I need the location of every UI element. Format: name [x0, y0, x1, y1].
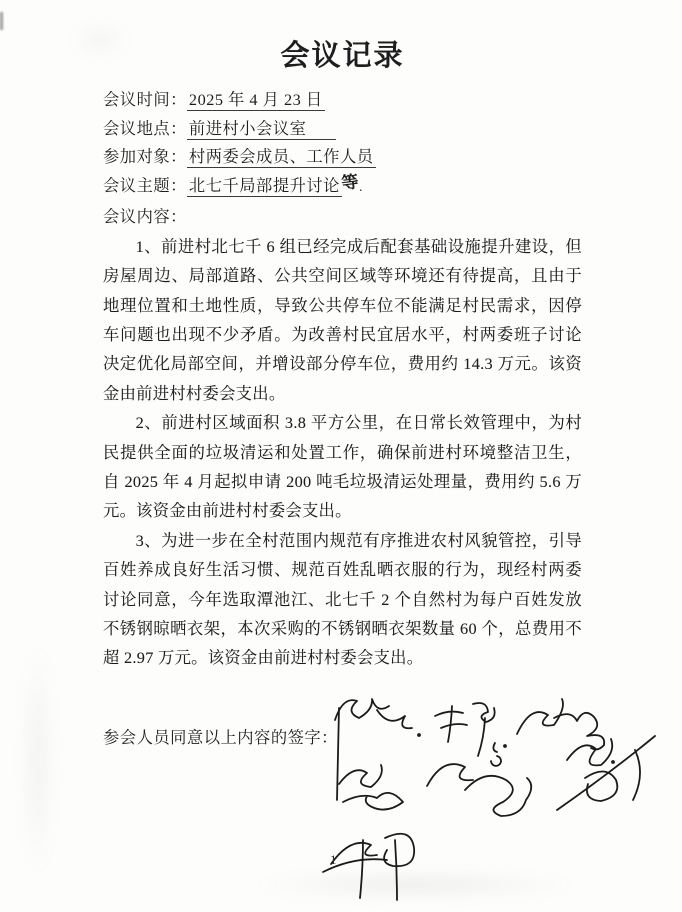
field-value: 北七千局部提升讨论 [187, 176, 342, 197]
field-label: 参加对象： [103, 147, 187, 166]
signature-2 [435, 703, 506, 756]
field-label: 会议地点： [103, 119, 187, 138]
meeting-content: 会议内容： 1、前进村北七千 6 组已经完成后配套基础设施提升建设，但房屋周边、… [103, 202, 582, 673]
signature-4 [339, 765, 403, 810]
field-meeting-topic: 会议主题：北七千局部提升讨论等. [103, 172, 582, 203]
paragraph-2: 2、前进村区域面积 3.8 平方公里，在日常长效管理中，为村民提供全面的垃圾清运… [103, 408, 582, 526]
paragraph-1: 1、前进村北七千 6 组已经完成后配套基础设施提升建设，但房屋周边、局部道路、公… [103, 232, 582, 408]
signature-7 [323, 834, 414, 900]
field-value: 2025 年 4 月 23 日 [187, 90, 325, 111]
field-value: 村两委会成员、工作人员 [187, 147, 376, 168]
page-number: 1 [330, 852, 337, 868]
scan-smudge [18, 640, 58, 880]
scan-edge-artifact [0, 12, 3, 30]
signature-6 [557, 736, 655, 810]
field-label: 会议时间： [103, 90, 187, 109]
signature-label: 参会人员同意以上内容的签字： [103, 728, 338, 747]
field-meeting-time: 会议时间：2025 年 4 月 23 日 [103, 86, 582, 115]
content-heading: 会议内容： [103, 202, 582, 231]
signature-1 [335, 699, 420, 800]
handwritten-signatures [315, 688, 682, 906]
field-label: 会议主题： [103, 176, 187, 195]
handwritten-suffix: 等 [340, 168, 360, 198]
document-page: 会议记录 会议时间：2025 年 4 月 23 日 会议地点：前进村小会议室 参… [0, 0, 682, 912]
signatures-svg [315, 688, 682, 906]
field-meeting-place: 会议地点：前进村小会议室 [103, 115, 582, 144]
meta-fields: 会议时间：2025 年 4 月 23 日 会议地点：前进村小会议室 参加对象：村… [103, 86, 582, 202]
paragraph-3: 3、为进一步在全村范围内规范有序推进农村风貌管控，引导百姓养成良好生活习惯、规范… [103, 526, 582, 673]
document-title: 会议记录 [103, 36, 582, 76]
field-attendees: 参加对象：村两委会成员、工作人员 [103, 143, 582, 172]
signature-3 [517, 699, 614, 763]
field-value: 前进村小会议室 [187, 119, 336, 140]
